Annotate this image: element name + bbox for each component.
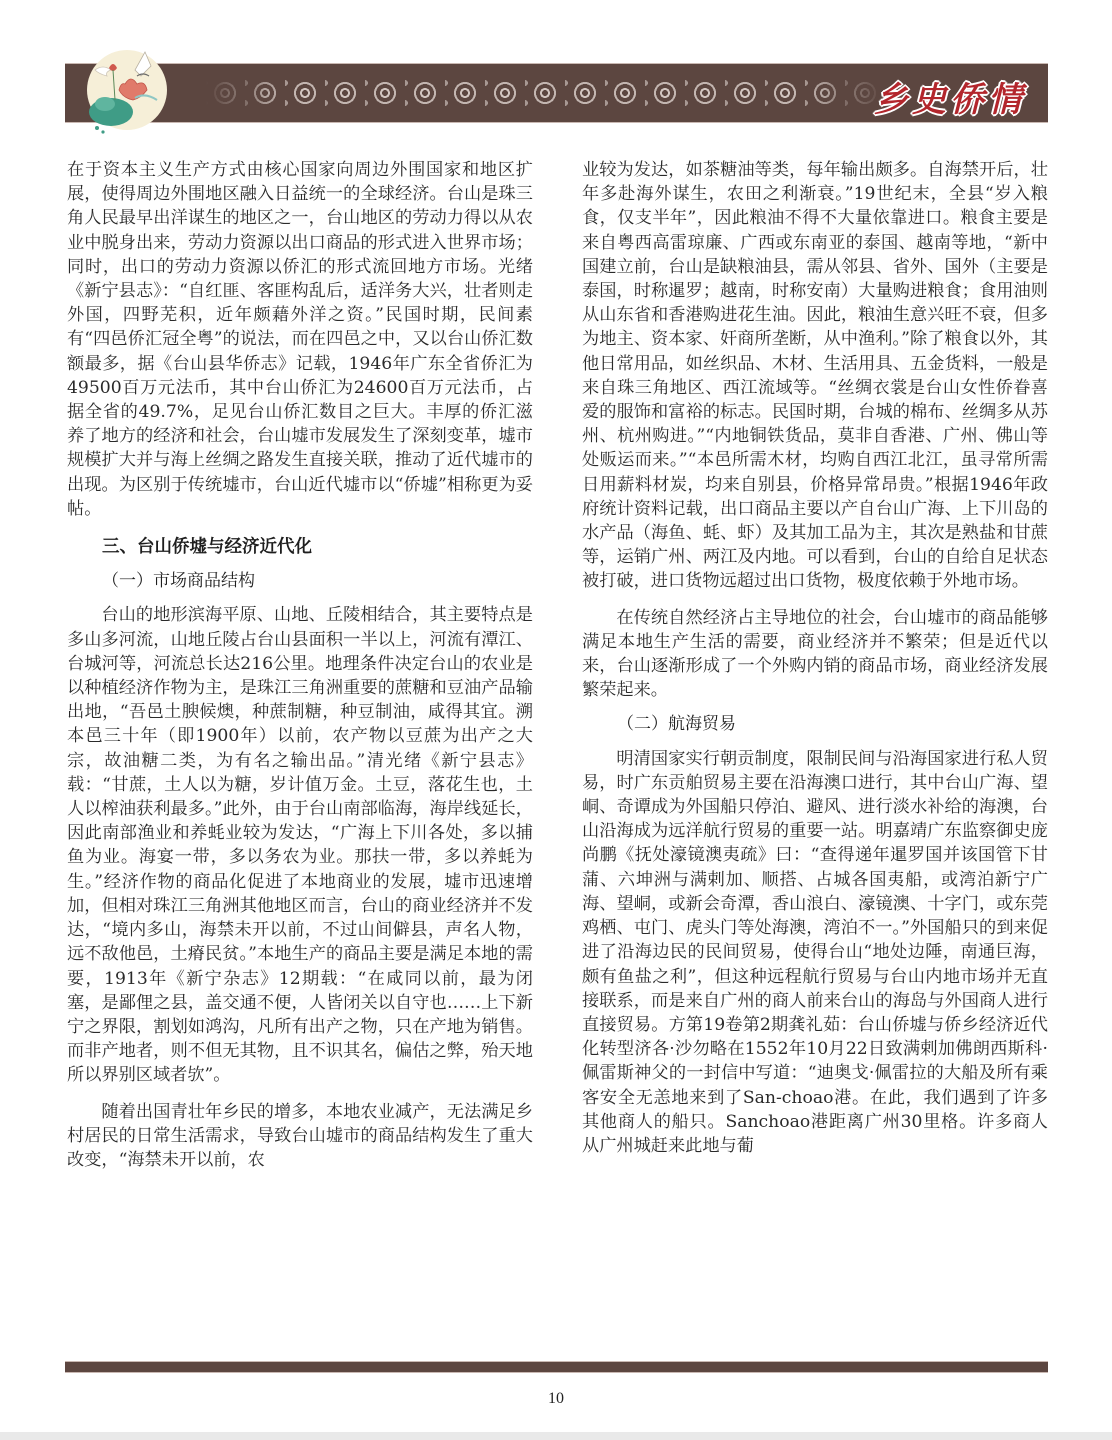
section-heading: 三、台山侨墟与经济近代化 [67,535,533,559]
magazine-page: 乡史侨情 在于资本主义生产方式由核心国家向周边外围国家和地区扩展，使得周边外围地… [0,0,1112,1432]
body-paragraph: 在于资本主义生产方式由核心国家向周边外围国家和地区扩展，使得周边外围地区融入日益… [67,158,533,521]
page-number: 10 [0,1390,1112,1408]
right-column: 业较为发达，如茶糖油等类，每年输出颇多。自海禁开后，壮年多赴海外谋生，农田之利渐… [582,158,1048,1158]
lotus-crane-emblem-icon [75,40,175,140]
column-title: 乡史侨情 [874,72,1026,121]
left-column: 在于资本主义生产方式由核心国家向周边外围国家和地区扩展，使得周边外围地区融入日益… [67,158,533,1172]
subsection-heading: （二）航海贸易 [582,712,1048,736]
body-paragraph: 在传统自然经济占主导地位的社会，台山墟市的商品能够满足本地生产生活的需要，商业经… [582,606,1048,703]
body-paragraph: 明清国家实行朝贡制度，限制民间与沿海国家进行私人贸易，时广东贡舶贸易主要在沿海澳… [582,747,1048,1158]
footer-bar [65,1361,1048,1373]
lattice-pattern-decoration [205,73,885,113]
body-paragraph: 业较为发达，如茶糖油等类，每年输出颇多。自海禁开后，壮年多赴海外谋生，农田之利渐… [582,158,1048,594]
body-paragraph: 随着出国青壮年乡民的增多，本地农业减产，无法满足乡村居民的日常生活需求，导致台山… [67,1100,533,1173]
subsection-heading: （一）市场商品结构 [67,569,533,593]
body-paragraph: 台山的地形滨海平原、山地、丘陵相结合，其主要特点是多山多河流，山地丘陵占台山县面… [67,603,533,1087]
header-banner: 乡史侨情 [65,63,1048,123]
